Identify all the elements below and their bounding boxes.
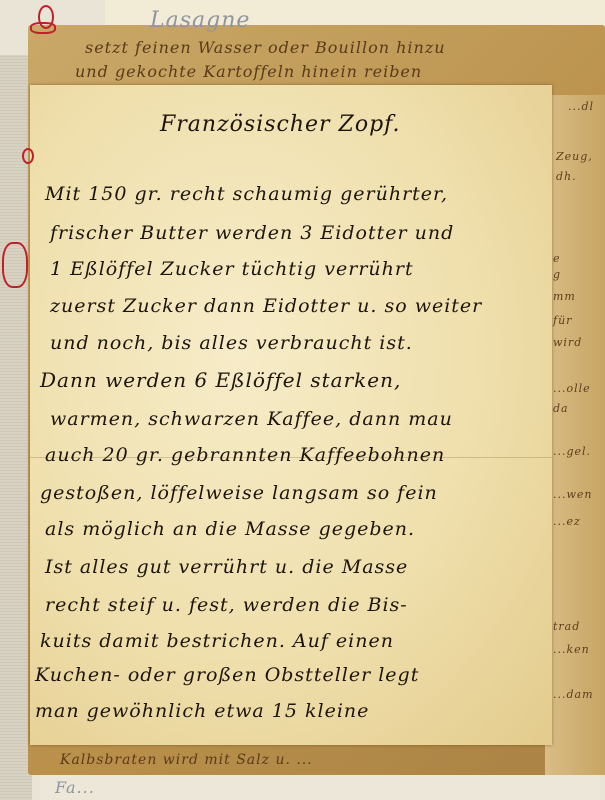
recipe-line: man gewöhnlich etwa 15 kleine	[35, 700, 369, 722]
recipe-line: frischer Butter werden 3 Eidotter und	[50, 222, 454, 244]
margin-fragment: g	[553, 268, 561, 281]
recipe-line: Dann werden 6 Eßlöffel starken,	[40, 368, 401, 392]
margin-fragment: trad	[553, 620, 580, 633]
margin-fragment: mm	[553, 290, 576, 303]
margin-fragment: da	[553, 402, 569, 415]
margin-fragment: ...dl	[568, 100, 594, 113]
recipe-line: gestoßen, löffelweise langsam so fein	[40, 482, 438, 504]
recipe-line: Mit 150 gr. recht schaumig gerührter,	[45, 183, 448, 205]
recipe-line: warmen, schwarzen Kaffee, dann mau	[50, 408, 453, 430]
bottom-paper-sheet	[40, 775, 600, 800]
margin-fragment: Zeug,	[556, 150, 593, 163]
top-pencil-note: Lasagne	[150, 8, 250, 33]
red-thread	[22, 148, 34, 164]
recipe-line: auch 20 gr. gebrannten Kaffeebohnen	[45, 444, 445, 466]
margin-fragment: e	[553, 252, 561, 265]
margin-fragment: ...wen	[553, 488, 593, 501]
upper-slip-line-2: und gekochte Kartoffeln hinein reiben	[75, 62, 422, 81]
bottom-slip-line: Kalbsbraten wird mit Salz u. ...	[60, 752, 313, 768]
recipe-title: Französischer Zopf.	[160, 112, 401, 137]
margin-fragment: ...ez	[553, 515, 581, 528]
margin-fragment: ...gel.	[553, 445, 591, 458]
margin-fragment: ...ken	[553, 643, 590, 656]
upper-slip-line-1: setzt feinen Wasser oder Bouillon hinzu	[85, 38, 446, 57]
right-paper-sheet	[545, 95, 605, 775]
recipe-line: kuits damit bestrichen. Auf einen	[40, 630, 394, 652]
recipe-line: zuerst Zucker dann Eidotter u. so weiter	[50, 295, 482, 317]
margin-fragment: dh.	[556, 170, 577, 183]
red-thread	[2, 242, 28, 288]
margin-fragment: ...dam	[553, 688, 594, 701]
margin-fragment: wird	[553, 336, 582, 349]
recipe-line: und noch, bis alles verbraucht ist.	[50, 332, 413, 354]
margin-fragment: für	[553, 314, 572, 327]
red-thread	[30, 22, 56, 34]
recipe-line: als möglich an die Masse gegeben.	[45, 518, 415, 540]
recipe-line: 1 Eßlöffel Zucker tüchtig verrührt	[50, 258, 414, 280]
recipe-line: Kuchen- oder großen Obstteller legt	[35, 664, 419, 686]
margin-fragment: ...olle	[553, 382, 591, 395]
recipe-line: recht steif u. fest, werden die Bis-	[45, 594, 408, 616]
recipe-line: Ist alles gut verrührt u. die Masse	[45, 556, 408, 578]
bottom-pencil-note: Fa...	[55, 778, 95, 797]
